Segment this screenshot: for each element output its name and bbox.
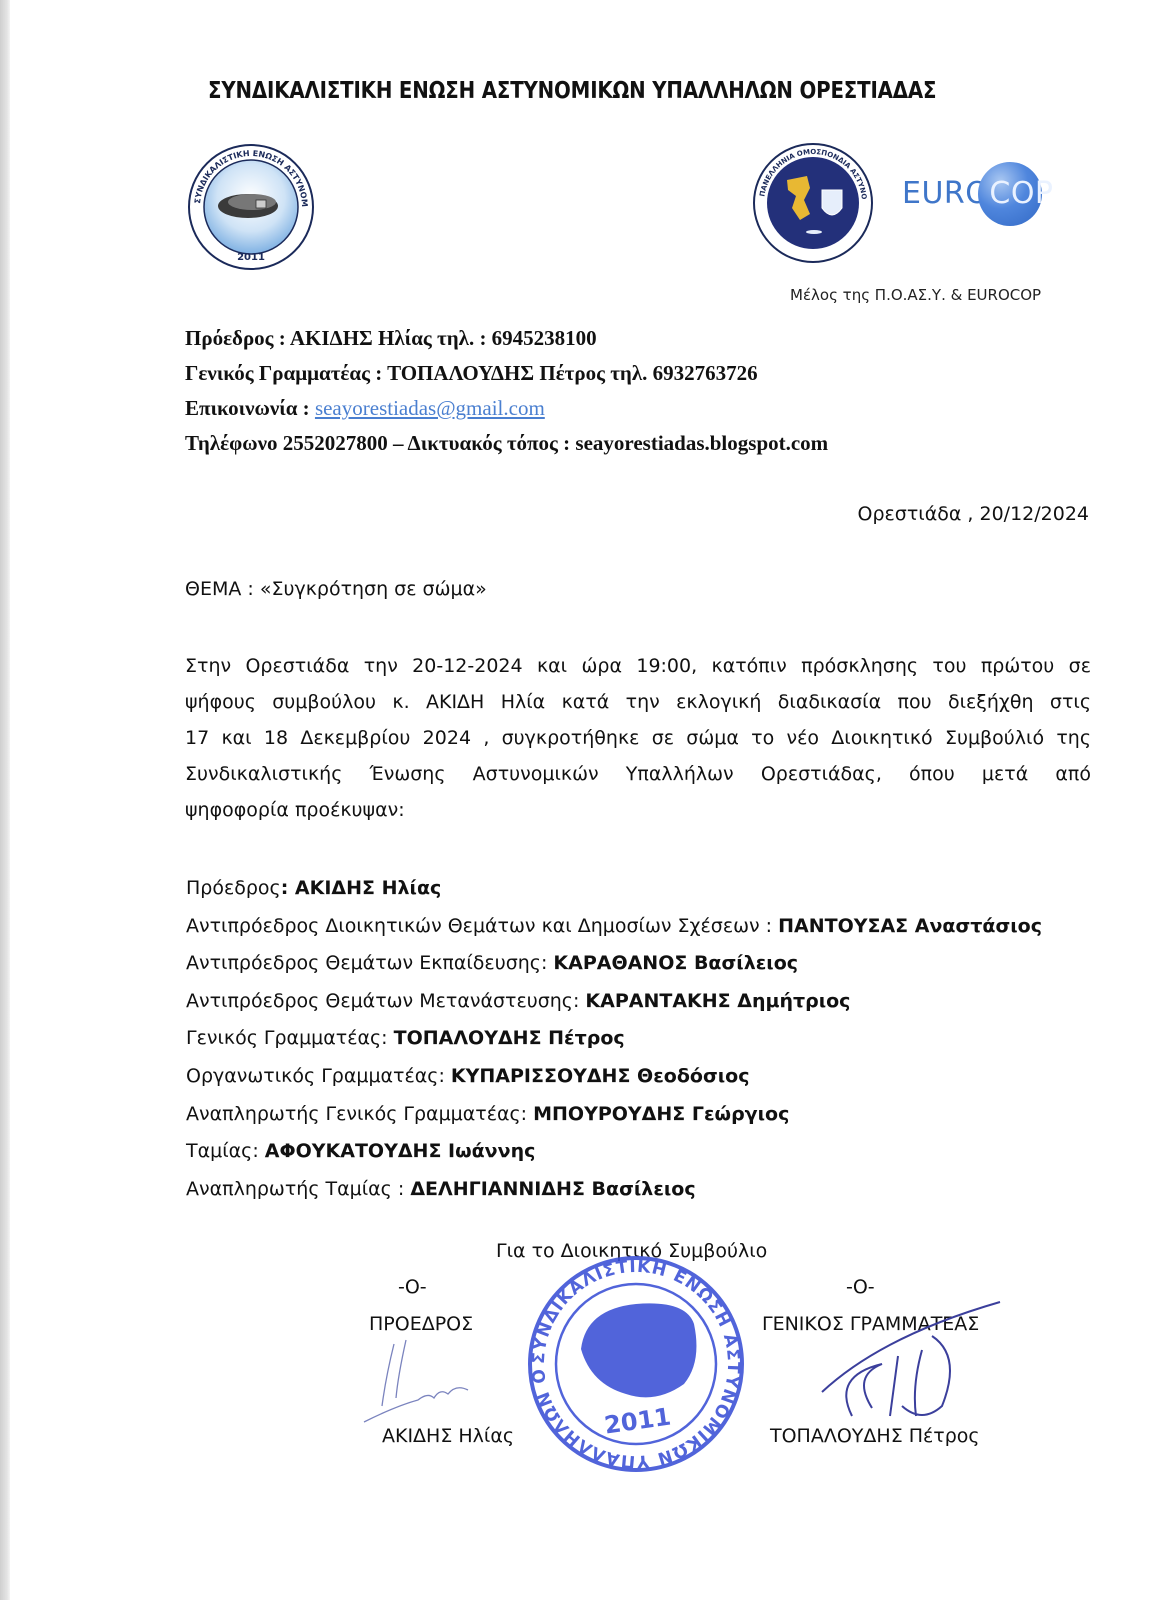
board-role: Γενικός Γραμματέας: [186, 1027, 381, 1049]
body-line: Συνδικαλιστικής Ένωσης Αστυνομικών Υπαλλ…: [185, 756, 1091, 792]
board-sep: :: [541, 952, 553, 974]
board-sep: :: [281, 877, 295, 899]
secretary-signature: [812, 1296, 1012, 1426]
scan-edge: [0, 0, 10, 1600]
board-sep: :: [573, 990, 585, 1012]
board-role: Οργανωτικός Γραμματέας: [186, 1065, 438, 1087]
board-member-row: Αντιπρόεδρος Θεμάτων Μετανάστευσης: ΚΑΡΑ…: [186, 983, 1042, 1021]
left-sign-mark: -Ο-: [398, 1276, 427, 1298]
board-member-row: Οργανωτικός Γραμματέας: ΚΥΠΑΡΙΣΣΟΥΔΗΣ Θε…: [186, 1058, 1042, 1096]
board-member-row: Ταμίας: ΑΦΟΥΚΑΤΟΥΔΗΣ Ιωάννης: [186, 1133, 1042, 1171]
contact-president: Πρόεδρος : ΑΚΙΔΗΣ Ηλίας τηλ. : 694523810…: [185, 326, 597, 351]
svg-text:2011: 2011: [603, 1403, 673, 1440]
board-role: Αναπληρωτής Ταμίας: [186, 1178, 392, 1200]
board-member-row: Πρόεδρος: ΑΚΙΔΗΣ Ηλίας: [186, 870, 1042, 908]
board-name: ΔΕΛΗΓΙΑΝΝΙΔΗΣ Βασίλειος: [410, 1178, 695, 1200]
board-sep: :: [438, 1065, 450, 1087]
contact-phone-web: Τηλέφωνο 2552027800 – Δικτυακός τόπος : …: [185, 431, 828, 456]
contact-secretary: Γενικός Γραμματέας : ΤΟΠΑΛΟΥΔΗΣ Πέτρος τ…: [185, 361, 758, 386]
board-role: Πρόεδρος: [186, 877, 281, 899]
board-role: Ταμίας: [186, 1140, 252, 1162]
contact-email-line: Επικοινωνία : seayorestiadas@gmail.com: [185, 396, 545, 421]
board-name: ΜΠΟΥΡΟΥΔΗΣ Γεώργιος: [533, 1103, 789, 1125]
board-role: Αντιπρόεδρος Θεμάτων Εκπαίδευσης: [186, 952, 541, 974]
union-logo: ΣΥΝΔΙΚΑΛΙΣΤΙΚΗ ΕΝΩΣΗ ΑΣΤΥΝΟΜΙΚΩΝ ΥΠΑΛΛΗΛ…: [186, 142, 316, 272]
board-sep: :: [392, 1178, 410, 1200]
right-sign-mark: -Ο-: [846, 1276, 875, 1298]
board-name: ΑΚΙΔΗΣ Ηλίας: [295, 877, 441, 899]
board-role: Αναπληρωτής Γενικός Γραμματέας: [186, 1103, 521, 1125]
body-paragraph: Στην Ορεστιάδα την 20-12-2024 και ώρα 19…: [185, 648, 1091, 828]
board-role: Αντιπρόεδρος Θεμάτων Μετανάστευσης: [186, 990, 573, 1012]
body-line: ψηφοφορία προέκυψαν:: [185, 792, 1091, 828]
board-name: ΚΑΡΑΘΑΝΟΣ Βασίλειος: [553, 952, 798, 974]
board-name: ΤΟΠΑΛΟΥΔΗΣ Πέτρος: [394, 1027, 625, 1049]
board-member-row: Αναπληρωτής Ταμίας : ΔΕΛΗΓΙΑΝΝΙΔΗΣ Βασίλ…: [186, 1171, 1042, 1209]
board-sep: :: [381, 1027, 393, 1049]
eurocop-cop: COP: [989, 176, 1053, 211]
board-member-row: Γενικός Γραμματέας: ΤΟΠΑΛΟΥΔΗΣ Πέτρος: [186, 1020, 1042, 1058]
body-line: Στην Ορεστιάδα την 20-12-2024 και ώρα 19…: [185, 648, 1091, 684]
federation-logo: ΠΑΝΕΛΛΗΝΙΑ ΟΜΟΣΠΟΝΔΙΑ ΑΣΤΥΝΟΜΙΚΩΝ ΥΠΑΛΛΗ…: [752, 142, 874, 264]
organization-title: ΣΥΝΔΙΚΑΛΙΣΤΙΚΗ ΕΝΩΣΗ ΑΣΤΥΝΟΜΙΚΩΝ ΥΠΑΛΛΗΛ…: [208, 78, 936, 104]
left-sign-title: ΠΡΟΕΔΡΟΣ: [369, 1313, 473, 1335]
board-name: ΠΑΝΤΟΥΣΑΣ Αναστάσιος: [778, 915, 1042, 937]
subject-line: ΘΕΜΑ : «Συγκρότηση σε σώμα»: [185, 578, 487, 600]
left-sign-name: ΑΚΙΔΗΣ Ηλίας: [382, 1425, 514, 1447]
body-line: 17 και 18 Δεκεμβρίου 2024 , συγκροτήθηκε…: [185, 720, 1091, 756]
svg-text:2011: 2011: [237, 252, 265, 263]
right-sign-name: ΤΟΠΑΛΟΥΔΗΣ Πέτρος: [770, 1425, 980, 1447]
board-role: Αντιπρόεδρος Διοικητικών Θεμάτων και Δημ…: [186, 915, 760, 937]
contact-email-label: Επικοινωνία :: [185, 396, 315, 420]
membership-note: Μέλος της Π.Ο.ΑΣ.Υ. & EUROCOP: [790, 286, 1041, 304]
board-name: ΚΥΠΑΡΙΣΣΟΥΔΗΣ Θεοδόσιος: [451, 1065, 750, 1087]
board-name: ΚΑΡΑΝΤΑΚΗΣ Δημήτριος: [585, 990, 850, 1012]
board-sep: :: [252, 1140, 264, 1162]
board-member-row: Αντιπρόεδρος Διοικητικών Θεμάτων και Δημ…: [186, 908, 1042, 946]
board-sep: :: [521, 1103, 533, 1125]
body-line: ψήφους συμβούλου κ. ΑΚΙΔΗ Ηλία κατά την …: [185, 684, 1091, 720]
board-member-row: Αντιπρόεδρος Θεμάτων Εκπαίδευσης: ΚΑΡΑΘΑ…: [186, 945, 1042, 983]
date-line: Ορεστιάδα , 20/12/2024: [858, 503, 1090, 525]
board-members-list: Πρόεδρος: ΑΚΙΔΗΣ Ηλίας Αντιπρόεδρος Διοι…: [186, 870, 1042, 1208]
official-stamp: ΣΥΝΔΙΚΑΛΙΣΤΙΚΗ ΕΝΩΣΗ ΑΣΤΥΝΟΜΙΚΩΝ ΥΠΑΛΛΗΛ…: [526, 1254, 746, 1474]
president-signature: [356, 1336, 476, 1426]
board-member-row: Αναπληρωτής Γενικός Γραμματέας: ΜΠΟΥΡΟΥΔ…: [186, 1096, 1042, 1134]
eurocop-euro: EURO: [902, 176, 989, 211]
email-link[interactable]: seayorestiadas@gmail.com: [315, 396, 545, 420]
eurocop-logo: EUROCOP: [902, 176, 1054, 211]
board-sep: :: [760, 915, 778, 937]
board-name: ΑΦΟΥΚΑΤΟΥΔΗΣ Ιωάννης: [265, 1140, 536, 1162]
